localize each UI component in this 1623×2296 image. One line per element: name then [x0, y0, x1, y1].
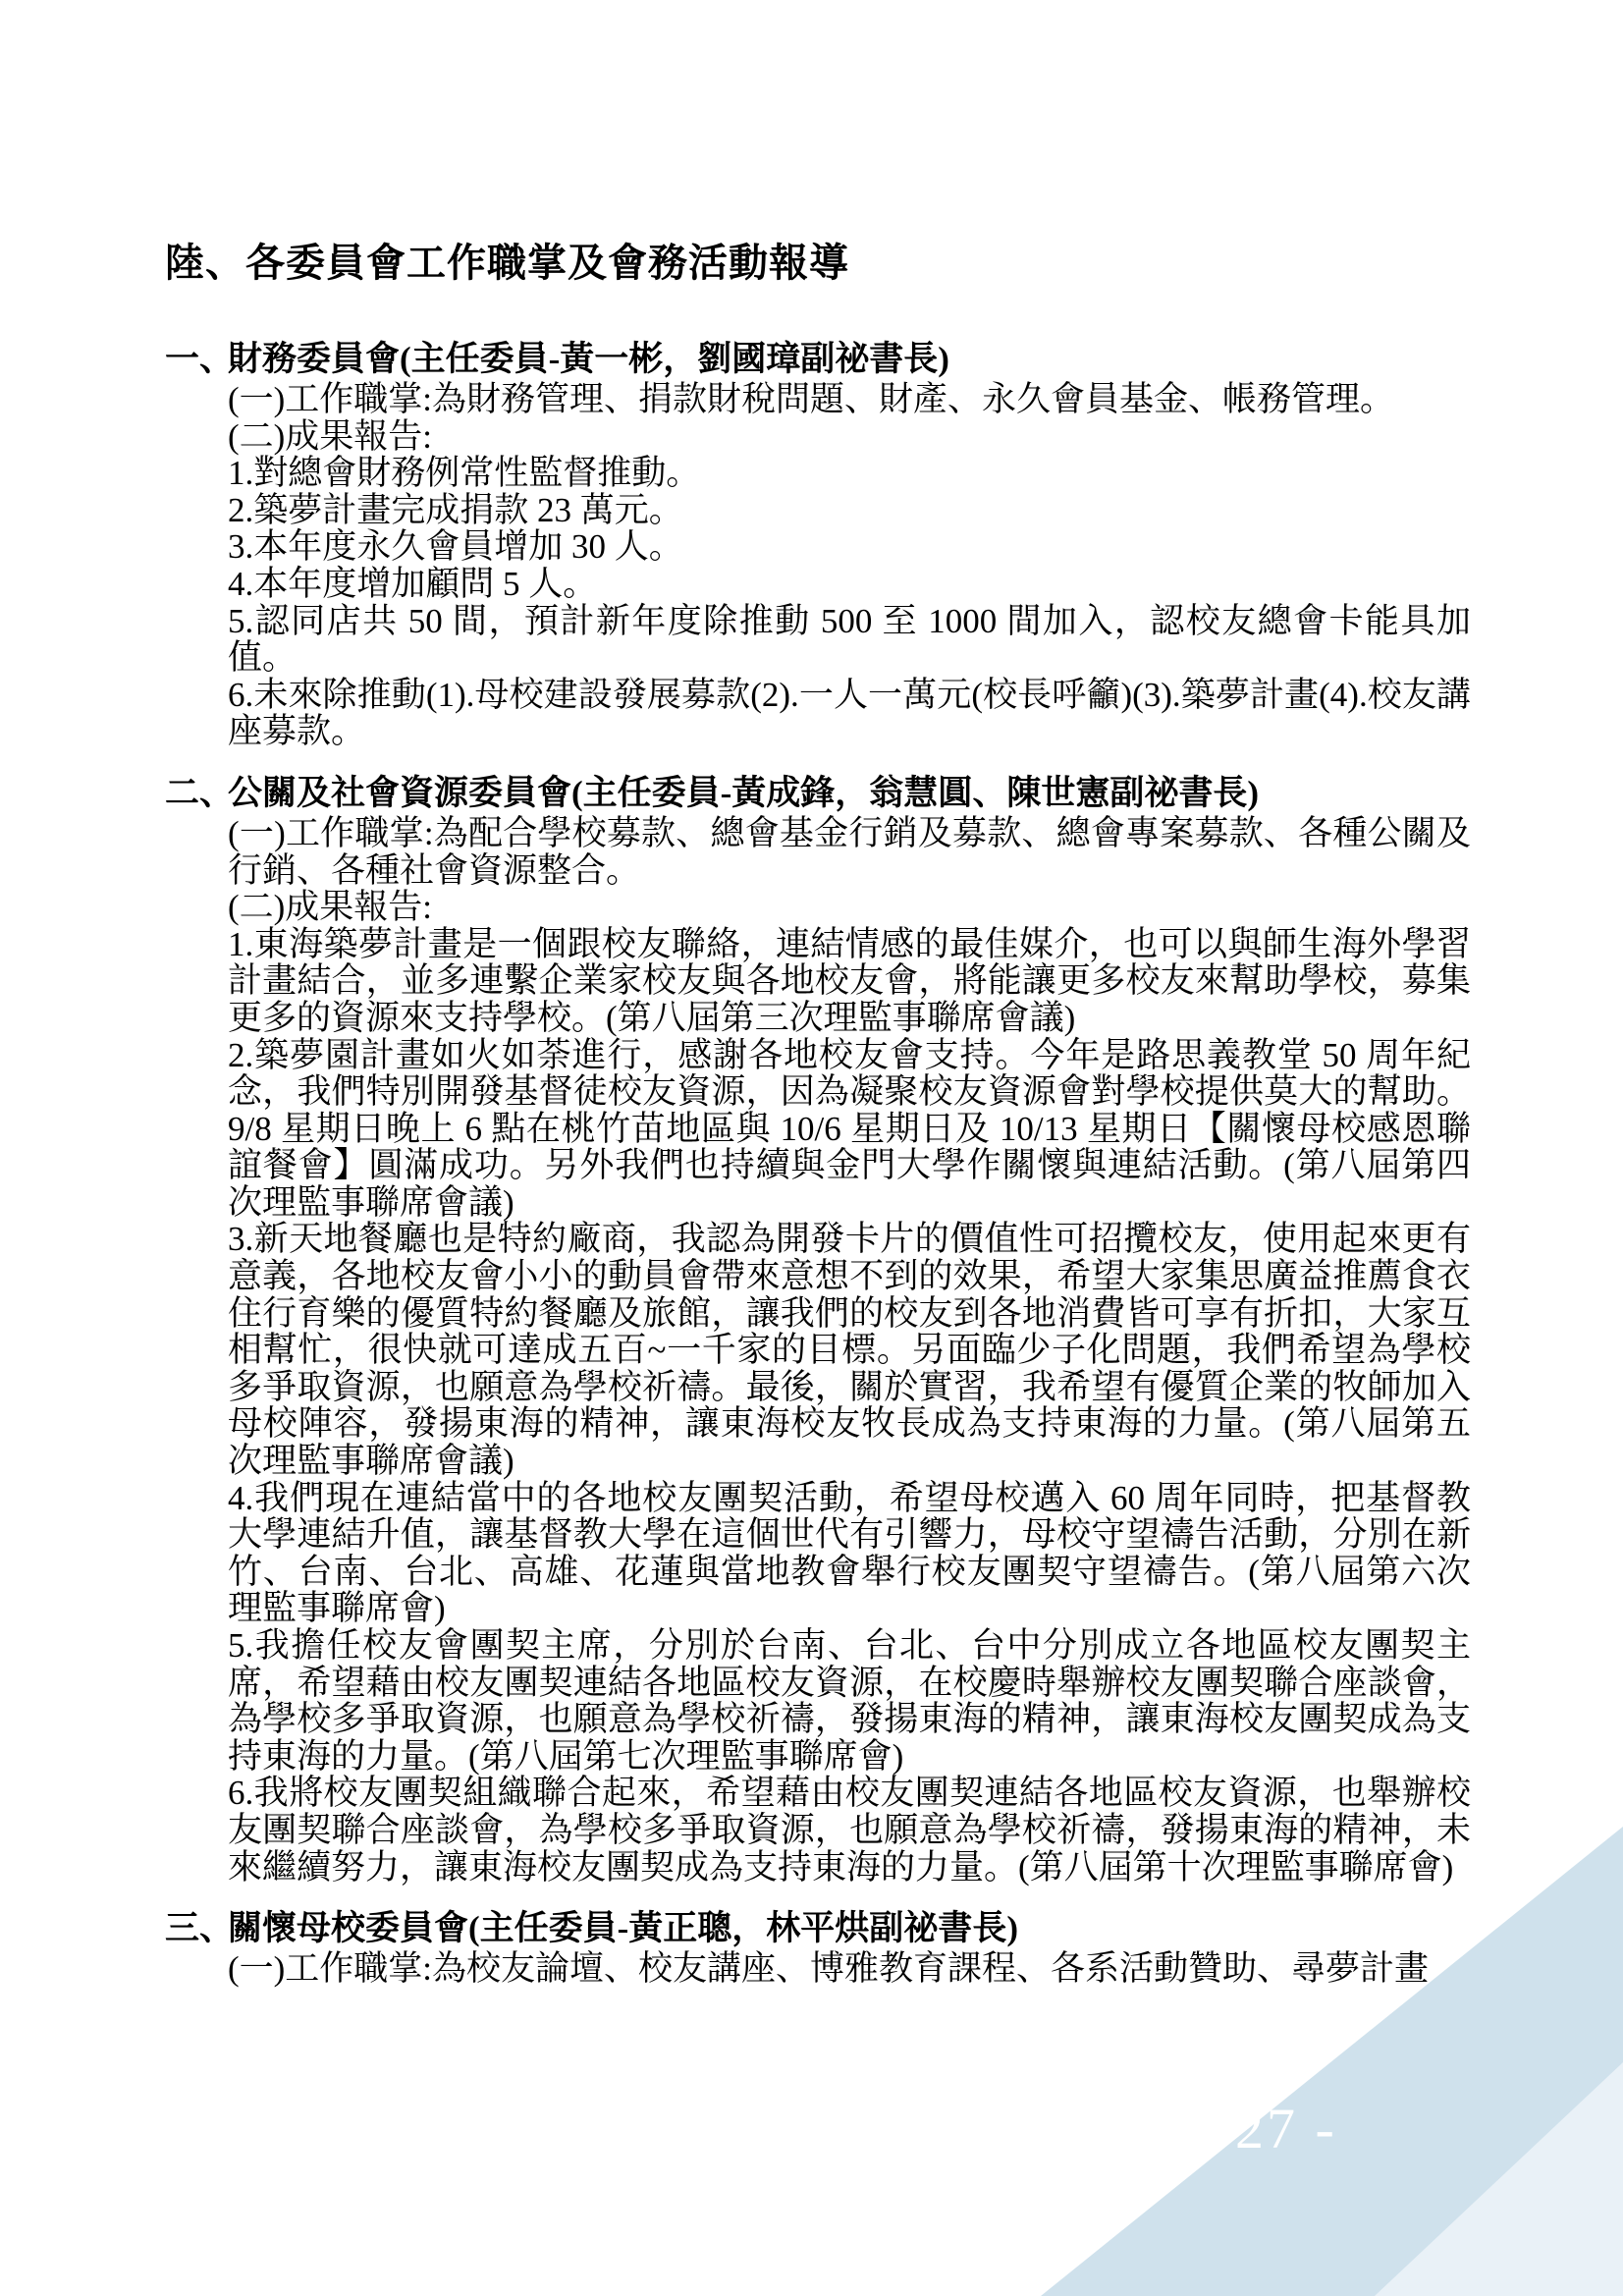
section-heading: 公關及社會資源委員會(主任委員-黃成鋒，翁慧圓、陳世憲副祕書長) [228, 772, 1471, 815]
document-body: 一、 財務委員會(主任委員-黃一彬，劉國璋副祕書長) (一)工作職掌:為財務管理… [165, 338, 1471, 2009]
corner-decoration [975, 1766, 1623, 2296]
page-number: - 27 - [1168, 2090, 1365, 2168]
section-number: 二、 [165, 772, 228, 815]
paragraph: 4.本年度增加顧問 5 人。 [228, 566, 1471, 603]
paragraph: 3.新天地餐廳也是特約廠商，我認為開發卡片的價值性可招攬校友，使用起來更有意義，… [228, 1221, 1471, 1479]
paragraph: 4.我們現在連結當中的各地校友團契活動，希望母校邁入 60 周年同時，把基督教大… [228, 1480, 1471, 1627]
paragraph: (一)工作職掌:為財務管理、捐款財稅問題、財產、永久會員基金、帳務管理。 [228, 381, 1471, 418]
section-number: 一、 [165, 338, 228, 381]
paragraph: (二)成果報告: [228, 889, 1471, 926]
paragraph: 5.我擔任校友會團契主席，分別於台南、台北、台中分別成立各地區校友團契主席，希望… [228, 1627, 1471, 1775]
paragraph: 2.築夢園計畫如火如荼進行，感謝各地校友會支持。今年是路思義教堂 50 周年紀念… [228, 1037, 1471, 1222]
paragraph: 3.本年度永久會員增加 30 人。 [228, 528, 1471, 566]
section-pr-social-resources-committee: 二、 公關及社會資源委員會(主任委員-黃成鋒，翁慧圓、陳世憲副祕書長) (一)工… [165, 772, 1471, 1886]
section-number: 三、 [165, 1907, 228, 1950]
section-finance-committee: 一、 財務委員會(主任委員-黃一彬，劉國璋副祕書長) (一)工作職掌:為財務管理… [165, 338, 1471, 750]
section-body: (一)工作職掌:為財務管理、捐款財稅問題、財產、永久會員基金、帳務管理。 (二)… [228, 381, 1471, 750]
page-title: 陸、各委員會工作職掌及會務活動報導 [165, 232, 849, 288]
section-body: (一)工作職掌:為配合學校募款、總會基金行銷及募款、總會專案募款、各種公關及行銷… [228, 815, 1471, 1886]
paragraph: 1.對總會財務例常性監督推動。 [228, 455, 1471, 492]
paragraph: (二)成果報告: [228, 418, 1471, 456]
paragraph: 2.築夢計畫完成捐款 23 萬元。 [228, 492, 1471, 529]
paragraph: 5.認同店共 50 間，預計新年度除推動 500 至 1000 間加入，認校友總… [228, 603, 1471, 677]
paragraph: 6.未來除推動(1).母校建設發展募款(2).一人一萬元(校長呼籲)(3).築夢… [228, 677, 1471, 750]
section-heading: 財務委員會(主任委員-黃一彬，劉國璋副祕書長) [228, 338, 1471, 381]
paragraph: 1.東海築夢計畫是一個跟校友聯絡，連結情感的最佳媒介，也可以與師生海外學習計畫結… [228, 926, 1471, 1037]
paragraph: (一)工作職掌:為配合學校募款、總會基金行銷及募款、總會專案募款、各種公關及行銷… [228, 815, 1471, 889]
